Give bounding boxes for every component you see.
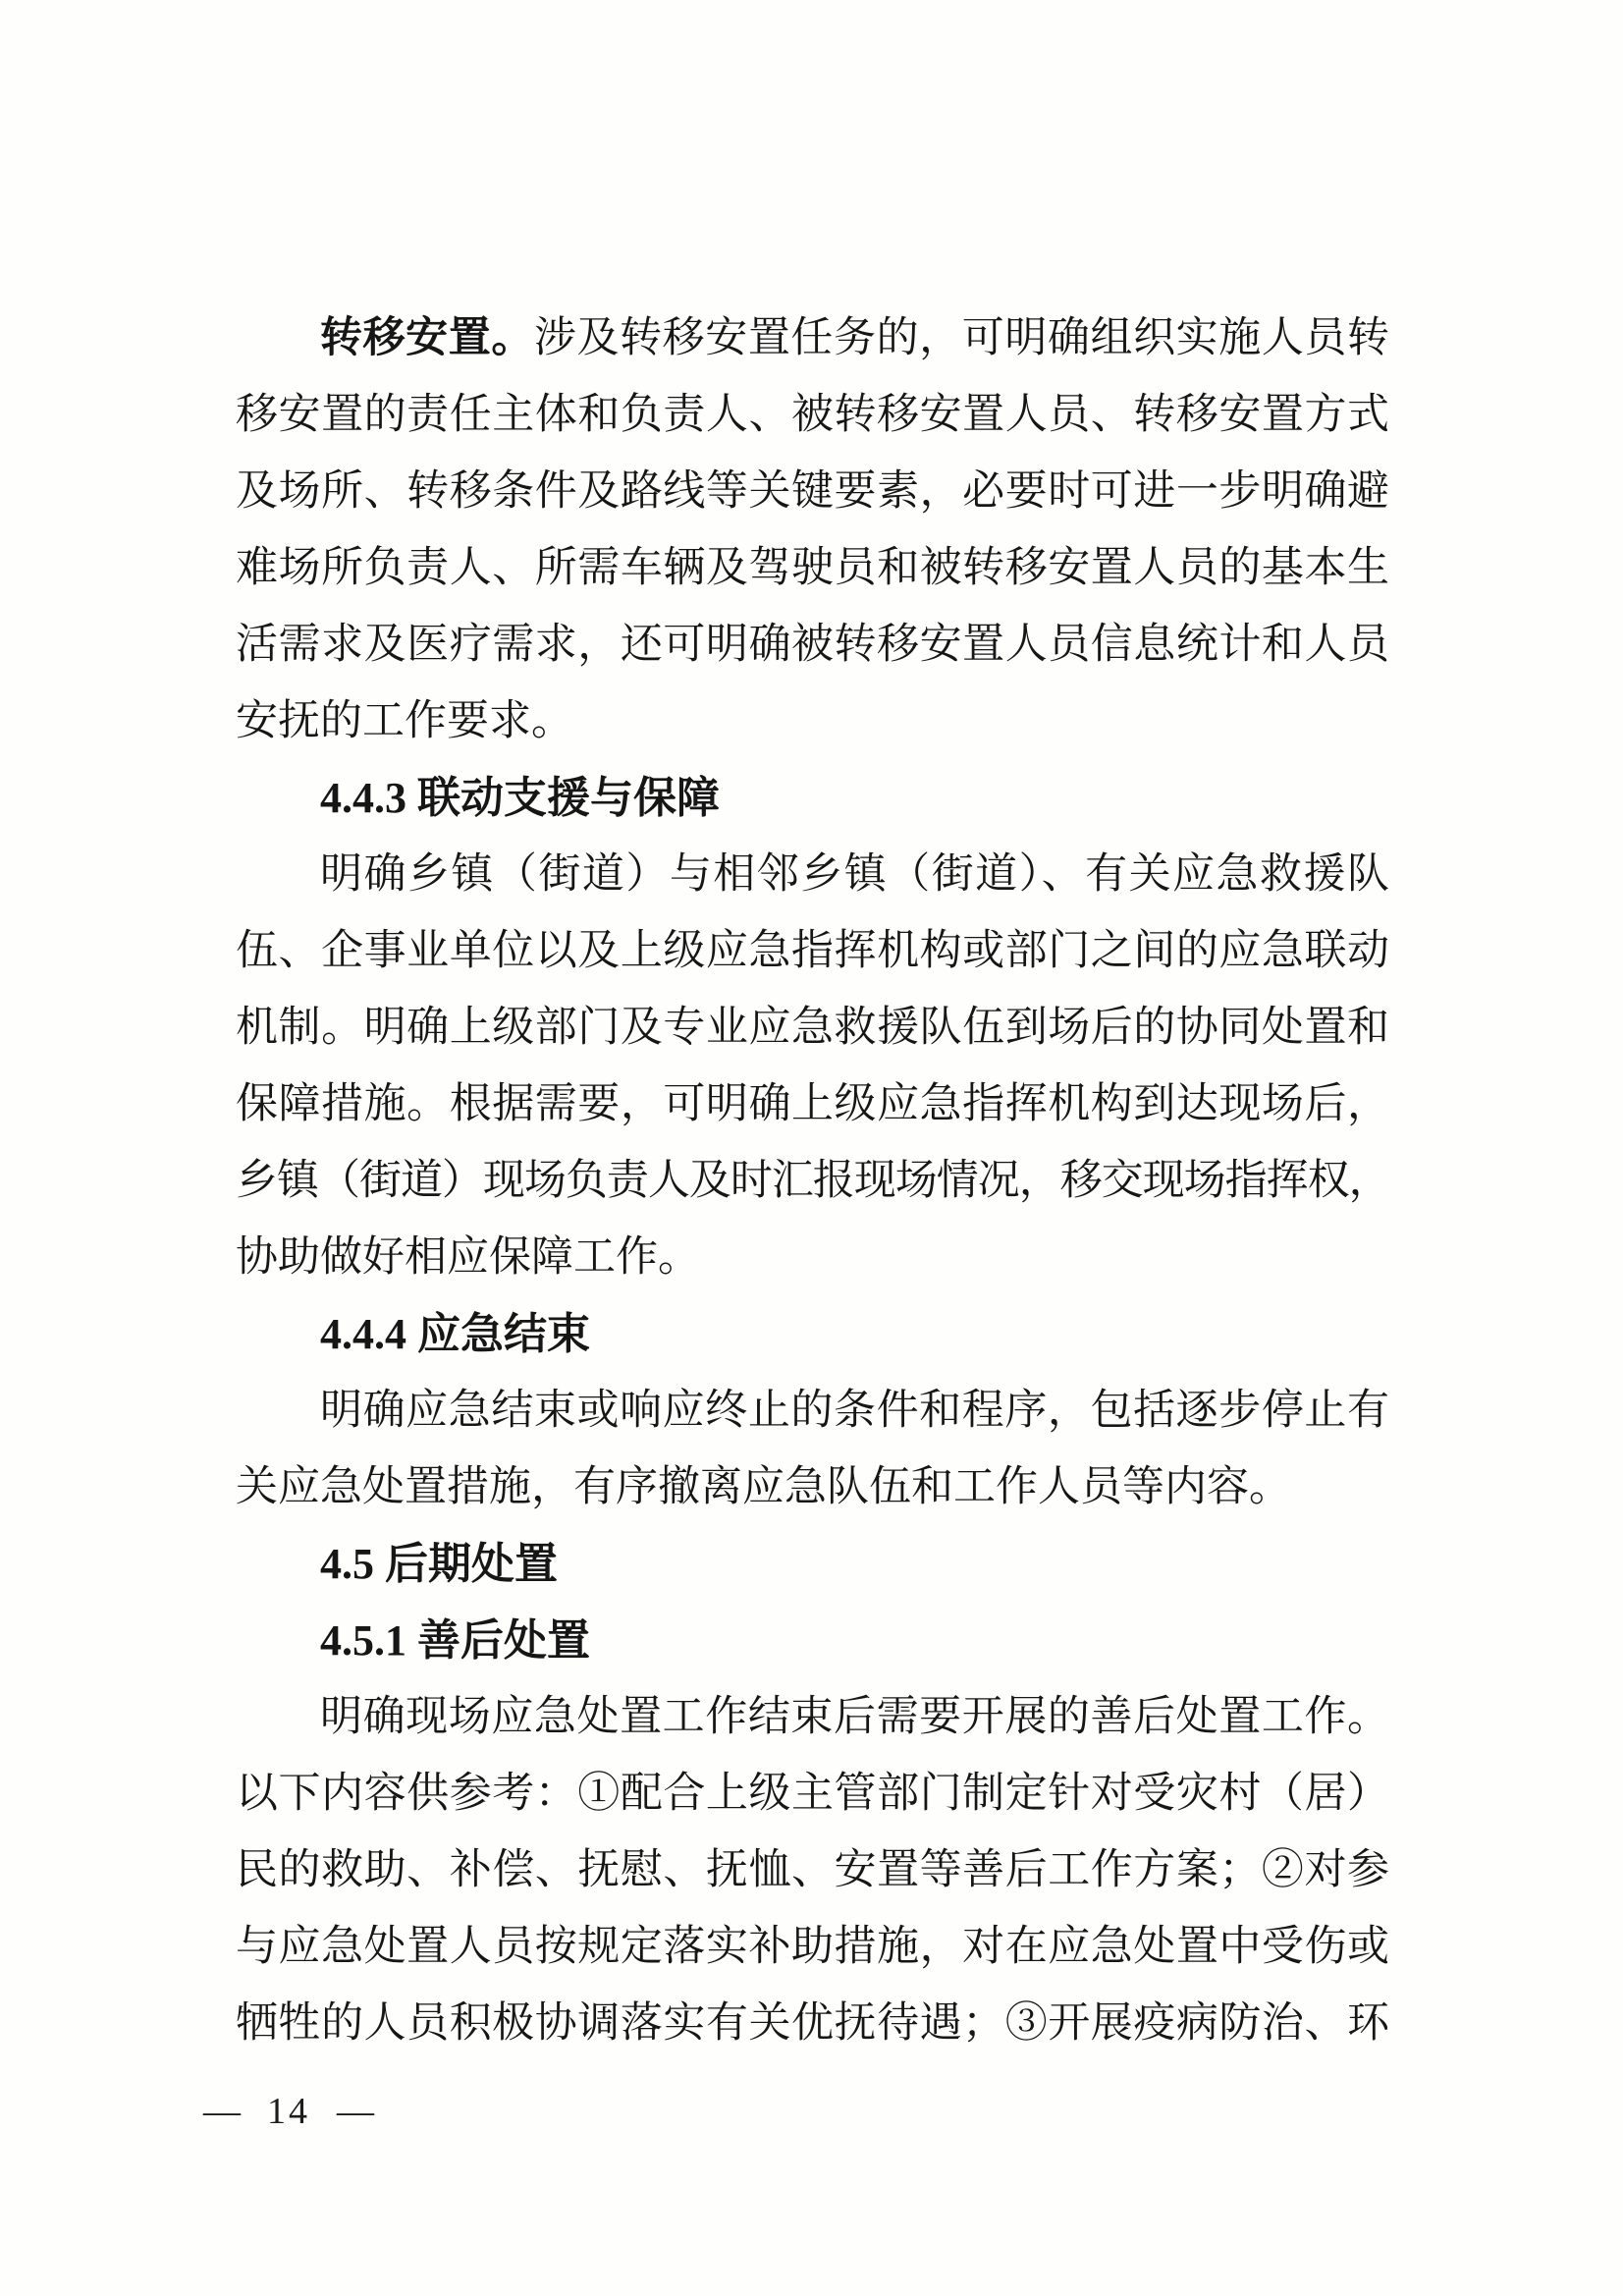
body-line: 乡镇（街道）现场负责人及时汇报现场情况，移交现场指挥权，: [236, 1143, 1389, 1220]
bold-lead-label: 转移安置。: [320, 315, 534, 361]
paragraph-line: 明确现场应急处置工作结束后需要开展的善后处置工作。: [236, 1679, 1389, 1756]
body-line: 安抚的工作要求。: [236, 683, 1389, 760]
section-heading-4-4-4: 4.4.4 应急结束: [236, 1296, 1389, 1373]
body-line: 保障措施。根据需要，可明确上级应急指挥机构到达现场后，: [236, 1066, 1389, 1143]
page-number: 14: [267, 2090, 310, 2133]
line-text: 涉及转移安置任务的，可明确组织实施人员转: [534, 315, 1389, 361]
page-footer: — 14 —: [203, 2082, 374, 2141]
body-line: 机制。明确上级部门及专业应急救援队伍到场后的协同处置和: [236, 990, 1389, 1066]
paragraph-line: 明确乡镇（街道）与相邻乡镇（街道）、有关应急救援队: [236, 837, 1389, 913]
body-line: 活需求及医疗需求，还可明确被转移安置人员信息统计和人员: [236, 607, 1389, 683]
body-line: 以下内容供参考：①配合上级主管部门制定针对受灾村（居）: [236, 1756, 1389, 1832]
body-line: 民的救助、补偿、抚慰、抚恤、安置等善后工作方案；②对参: [236, 1832, 1389, 1909]
body-line: 伍、企事业单位以及上级应急指挥机构或部门之间的应急联动: [236, 913, 1389, 990]
body-line: 移安置的责任主体和负责人、被转移安置人员、转移安置方式: [236, 377, 1389, 454]
document-page: 转移安置。涉及转移安置任务的，可明确组织实施人员转 移安置的责任主体和负责人、被…: [0, 0, 1623, 2296]
body-line: 难场所负责人、所需车辆及驾驶员和被转移安置人员的基本生: [236, 530, 1389, 607]
paragraph-line: 转移安置。涉及转移安置任务的，可明确组织实施人员转: [236, 301, 1389, 377]
page-content: 转移安置。涉及转移安置任务的，可明确组织实施人员转 移安置的责任主体和负责人、被…: [236, 301, 1389, 2062]
body-line: 与应急处置人员按规定落实补助措施，对在应急处置中受伤或: [236, 1909, 1389, 1986]
footer-dash-left: —: [203, 2090, 241, 2133]
body-line: 牺牲的人员积极协调落实有关优抚待遇；③开展疫病防治、环: [236, 1986, 1389, 2062]
body-line: 协助做好相应保障工作。: [236, 1220, 1389, 1296]
section-heading-4-5: 4.5 后期处置: [236, 1526, 1389, 1603]
section-heading-4-4-3: 4.4.3 联动支援与保障: [236, 760, 1389, 837]
body-line: 关应急处置措施，有序撤离应急队伍和工作人员等内容。: [236, 1449, 1389, 1526]
paragraph-line: 明确应急结束或响应终止的条件和程序，包括逐步停止有: [236, 1373, 1389, 1449]
footer-dash-right: —: [337, 2090, 374, 2133]
section-heading-4-5-1: 4.5.1 善后处置: [236, 1603, 1389, 1679]
body-line: 及场所、转移条件及路线等关键要素，必要时可进一步明确避: [236, 454, 1389, 530]
